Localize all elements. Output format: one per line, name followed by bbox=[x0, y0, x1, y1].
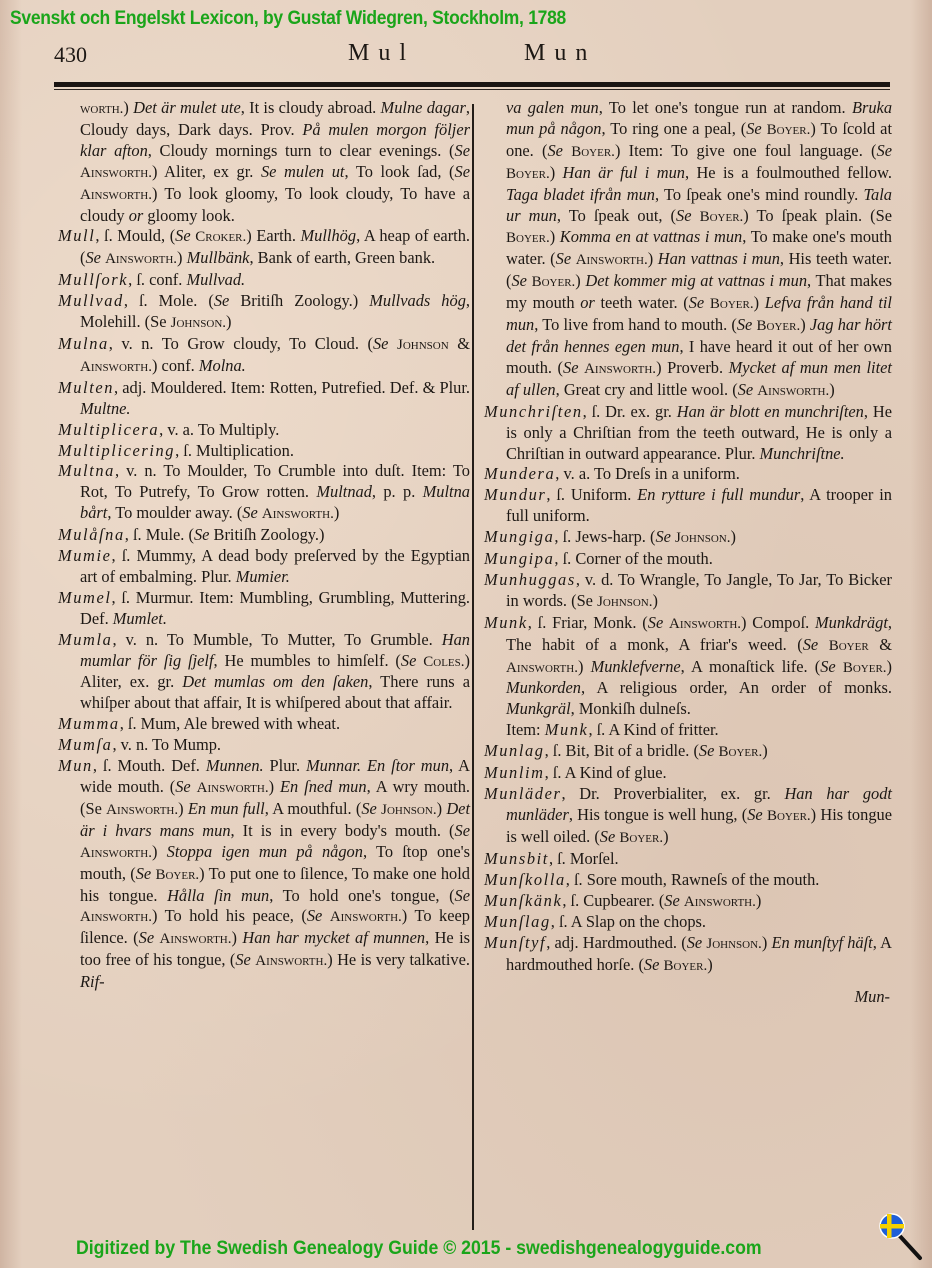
dictionary-entry: Munſtyf, adj. Hardmouthed. (Se Johnson.)… bbox=[484, 933, 892, 977]
dictionary-entry: Multiplicering, ſ. Multiplication. bbox=[58, 441, 470, 462]
dictionary-entry: Munlag, ſ. Bit, Bit of a bridle. (Se Boy… bbox=[484, 741, 892, 763]
digitization-footer: Digitized by The Swedish Genealogy Guide… bbox=[76, 1238, 762, 1260]
digitization-banner-title: Svenskt och Engelskt Lexicon, by Gustaf … bbox=[10, 8, 566, 30]
dictionary-entry: Multen, adj. Mouldered. Item: Rotten, Pu… bbox=[58, 378, 470, 420]
dictionary-entry: Item: Munk, ſ. A Kind of fritter. bbox=[484, 720, 892, 741]
dictionary-entry: Munſlag, ſ. A Slap on the chops. bbox=[484, 912, 892, 933]
dictionary-entry: Mun, ſ. Mouth. Def. Munnen. Plur. Munnar… bbox=[58, 756, 470, 993]
header-rule-thin bbox=[54, 89, 890, 90]
dictionary-entry: Munchriſten, ſ. Dr. ex. gr. Han är blott… bbox=[484, 402, 892, 465]
dictionary-entry: Mundur, ſ. Uniform. En rytture i full mu… bbox=[484, 485, 892, 527]
dictionary-entry: Multna, v. n. To Moulder, To Crumble int… bbox=[58, 461, 470, 525]
dictionary-entry: Munsbit, ſ. Morſel. bbox=[484, 849, 892, 870]
dictionary-entry: Munſkolla, ſ. Sore mouth, Rawneſs of the… bbox=[484, 870, 892, 891]
dictionary-entry: Mulna, v. n. To Grow cloudy, To Cloud. (… bbox=[58, 334, 470, 378]
dictionary-entry: worth.) Det är mulet ute, It is cloudy a… bbox=[58, 98, 470, 226]
dictionary-entry: Munſkänk, ſ. Cupbearer. (Se Ainsworth.) bbox=[484, 891, 892, 913]
running-head-left: Mul bbox=[348, 40, 415, 67]
dictionary-entry: Mullſork, ſ. conf. Mullvad. bbox=[58, 270, 470, 291]
running-head-right: Mun bbox=[524, 40, 596, 67]
dictionary-entry: Munläder, Dr. Proverbialiter, ex. gr. Ha… bbox=[484, 784, 892, 849]
dictionary-entry: va galen mun, To let one's tongue run at… bbox=[484, 98, 892, 402]
dictionary-entry: Mundera, v. a. To Dreſs in a uniform. bbox=[484, 464, 892, 485]
dictionary-entry: Mumel, ſ. Murmur. Item: Mumbling, Grumbl… bbox=[58, 588, 470, 630]
swedish-flag-magnifier-icon bbox=[878, 1212, 926, 1262]
header-rule-thick bbox=[54, 82, 890, 87]
dictionary-entry: Mungipa, ſ. Corner of the mouth. bbox=[484, 549, 892, 570]
dictionary-entry: Mumla, v. n. To Mumble, To Mutter, To Gr… bbox=[58, 630, 470, 715]
catchword: Mun- bbox=[484, 987, 892, 1008]
dictionary-entry: Munk, ſ. Friar, Monk. (Se Ainsworth.) Co… bbox=[484, 613, 892, 721]
left-column: worth.) Det är mulet ute, It is cloudy a… bbox=[58, 98, 470, 993]
page-number: 430 bbox=[54, 42, 87, 68]
dictionary-entry: Munlim, ſ. A Kind of glue. bbox=[484, 763, 892, 784]
dictionary-entry: Mulåſna, ſ. Mule. (Se Britiſh Zoology.) bbox=[58, 525, 470, 546]
dictionary-entry: Mumma, ſ. Mum, Ale brewed with wheat. bbox=[58, 714, 470, 735]
dictionary-entry: Munhuggas, v. d. To Wrangle, To Jangle, … bbox=[484, 570, 892, 613]
dictionary-entry: Multiplicera, v. a. To Multiply. bbox=[58, 420, 470, 441]
dictionary-entry: Mumſa, v. n. To Mump. bbox=[58, 735, 470, 756]
dictionary-entry: Mumie, ſ. Mummy, A dead body preſerved b… bbox=[58, 546, 470, 588]
dictionary-entry: Mullvad, ſ. Mole. (Se Britiſh Zoology.) … bbox=[58, 291, 470, 334]
right-column: va galen mun, To let one's tongue run at… bbox=[484, 98, 892, 1008]
column-divider bbox=[472, 104, 474, 1230]
dictionary-entry: Mungiga, ſ. Jews-harp. (Se Johnson.) bbox=[484, 527, 892, 549]
dictionary-entry: Mull, ſ. Mould, (Se Croker.) Earth. Mull… bbox=[58, 226, 470, 270]
